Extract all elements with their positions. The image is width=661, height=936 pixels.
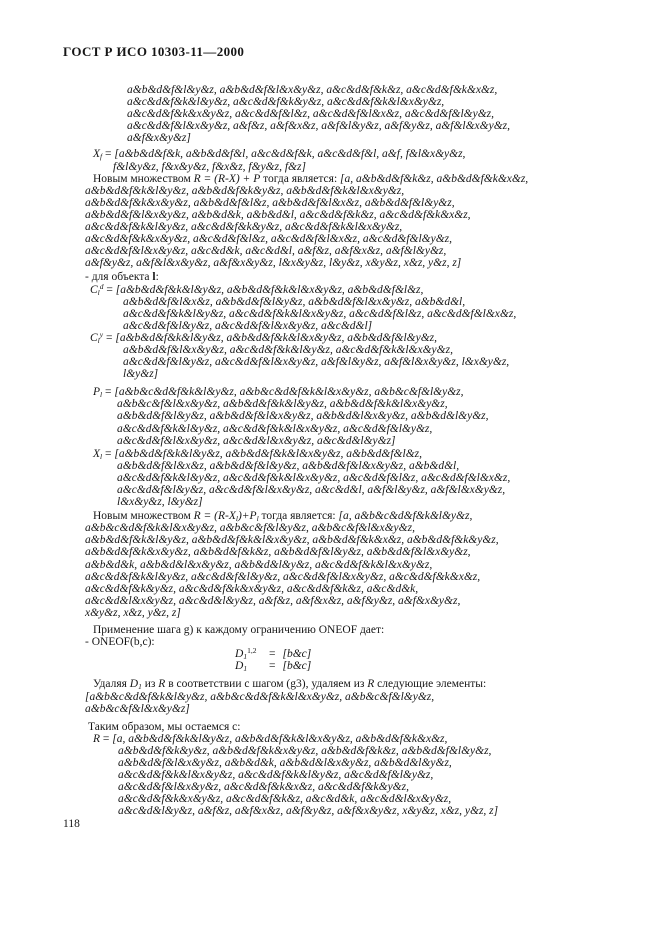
math-line: a&c&d&f&k&l&y&z, a&c&d&f&k&l&x&y&z, a&c&… [123, 308, 620, 320]
math-line: a&c&d&f&l&x&y&z, a&f&z, a&f&x&z, a&f&l&y… [127, 120, 620, 132]
math-line: R = [a, a&b&d&f&k&l&y&z, a&b&d&f&k&l&x&y… [93, 733, 620, 745]
cld-definition-block: Cld = [a&b&d&f&k&l&y&z, a&b&d&f&k&l&x&y&… [85, 284, 620, 332]
math-line: a&c&d&f&k&x&y&z, a&c&d&f&l&z, a&c&d&f&l&… [85, 233, 620, 245]
paragraph-first-line: Новым множеством R = (R-Xl)+Pl тогда явл… [93, 510, 620, 522]
cly-definition-block: Cly = [a&b&d&f&k&l&y&z, a&b&d&f&k&l&x&y&… [85, 332, 620, 380]
math-line: a&b&c&f&l&x&y&z, a&b&d&f&k&l&y&z, a&b&d&… [117, 398, 620, 410]
math-line: a&b&d&f&l&x&y&z, a&b&d&k, a&b&d&l&x&y&z,… [118, 757, 620, 769]
pl-definition-block: Pl = [a&b&c&d&f&k&l&y&z, a&b&c&d&f&k&l&x… [85, 386, 620, 446]
d1-formula: D1=[b&c] [235, 660, 620, 672]
math-line: a&b&d&f&k&x&y&z, a&b&d&f&l&z, a&b&d&f&l&… [85, 197, 620, 209]
math-line: Pl = [a&b&c&d&f&k&l&y&z, a&b&c&d&f&k&l&x… [93, 386, 620, 398]
equals-sign: = [269, 660, 276, 672]
new-set-paragraph-1: Новым множеством R = (R-X) + P тогда явл… [85, 173, 620, 270]
math-line: Cly = [a&b&d&f&k&l&y&z, a&b&d&f&k&l&x&y&… [90, 332, 620, 344]
math-line: a&c&d&f&k&y&z, a&c&d&f&k&x&y&z, a&c&d&f&… [85, 583, 620, 595]
math-line: a&b&d&f&k&l&y&z, a&b&d&f&k&l&x&y&z, a&b&… [85, 534, 620, 546]
paragraph-first-line: Удаляя D1 из R в соответствии с шагом (g… [93, 678, 620, 690]
page-number: 118 [63, 818, 80, 830]
math-line: l&y&z] [123, 368, 620, 380]
equals-sign: = [269, 648, 276, 660]
d1-sup-variable: D11,2 [235, 648, 269, 660]
r-variable: R [93, 733, 100, 745]
math-line: a&c&d&f&l&y&z, a&c&d&f&l&x&y&z, a&c&d&l] [123, 320, 620, 332]
object-l-heading: - для объекта l: [85, 271, 620, 283]
xl-definition-block: Xl = [a&b&d&f&k&l&y&z, a&b&d&f&k&l&x&y&z… [85, 448, 620, 508]
math-line: a&c&d&f&k&l&y&z, a&c&d&f&k&y&z, a&c&d&f&… [85, 221, 620, 233]
conclusion-text: Таким образом, мы остаемся с: [88, 721, 620, 733]
equals-sign: = [106, 284, 113, 296]
math-line: a&b&d&k, a&b&d&l&x&y&z, a&b&d&l&y&z, a&c… [85, 559, 620, 571]
document-page: ГОСТ Р ИСО 10303-11—2000 a&b&d&f&l&y&z, … [0, 0, 661, 936]
equals-sign: = [103, 733, 110, 745]
math-line: a&f&y&z, a&f&l&x&y&z, a&f&x&y&z, l&x&y&z… [85, 257, 620, 269]
math-line: a&c&d&f&l&x&y&z, a&c&d&k, a&c&d&l, a&f&z… [85, 245, 620, 257]
math-line: a&f&x&y&z] [127, 132, 620, 144]
math-line: a&c&d&f&l&y&z, a&c&d&f&l&x&y&z, a&c&d&l,… [117, 484, 620, 496]
set-continuation-block: a&b&d&f&l&y&z, a&b&d&f&l&x&y&z, a&c&d&f&… [85, 84, 620, 144]
math-line: a&b&d&f&l&x&z, a&b&d&f&l&y&z, a&b&d&f&l&… [117, 460, 620, 472]
math-line: a&b&d&f&l&x&y&z, a&b&d&k, a&b&d&l, a&c&d… [85, 209, 620, 221]
math-line: [a&b&c&d&f&k&l&y&z, a&b&c&d&f&k&l&x&y&z,… [85, 691, 620, 703]
math-line: x&y&z, x&z, y&z, z] [85, 607, 620, 619]
document-body: a&b&d&f&l&y&z, a&b&d&f&l&x&y&z, a&c&d&f&… [85, 84, 620, 817]
math-line: Xl = [a&b&d&f&k&l&y&z, a&b&d&f&k&l&x&y&z… [93, 448, 620, 460]
new-set-paragraph-2: Новым множеством R = (R-Xl)+Pl тогда явл… [85, 510, 620, 619]
math-line: a&b&c&f&l&x&y&z] [85, 703, 620, 715]
pl-variable: Pl [93, 386, 102, 398]
xf-variable: Xf [93, 148, 102, 160]
math-line: a&c&d&f&l&y&z, a&c&d&f&l&x&y&z, a&f&l&y&… [123, 356, 620, 368]
math-line: l&x&y&z, l&y&z] [117, 496, 620, 508]
formula: R = (R-Xl)+Pl [194, 510, 259, 522]
math-line: a&b&d&f&k&x&y&z, a&b&d&f&k&z, a&b&d&f&l&… [85, 546, 620, 558]
cld-variable: Cld [90, 284, 104, 296]
math-line: a&c&d&f&k&l&y&z, a&c&d&f&k&l&x&y&z, a&c&… [117, 472, 620, 484]
equals-sign: = [105, 448, 112, 460]
oneof-constraint-label: - ONEOF(b,c): [85, 636, 620, 648]
math-line: a&b&d&f&l&x&z, a&b&d&f&l&y&z, a&b&d&f&l&… [123, 296, 620, 308]
math-line: a&b&d&f&k&y&z, a&b&d&f&k&x&y&z, a&b&d&f&… [118, 745, 620, 757]
equals-sign: = [105, 148, 112, 160]
paragraph-first-line: Новым множеством R = (R-X) + P тогда явл… [93, 173, 620, 185]
math-line: a&b&d&f&l&y&z, a&b&d&f&l&x&y&z, a&c&d&f&… [127, 84, 620, 96]
math-line: a&c&d&f&l&x&y&z, a&c&d&f&k&x&z, a&c&d&f&… [118, 781, 620, 793]
d1-sup-formula: D11,2=[b&c] [235, 648, 620, 660]
formula: R = (R-X) + P [194, 173, 261, 185]
d1-variable: D1 [235, 660, 269, 672]
math-line: a&c&d&f&k&x&y&z, a&c&d&f&k&z, a&c&d&k, a… [118, 793, 620, 805]
math-line: a&c&d&f&k&x&y&z, a&c&d&f&l&z, a&c&d&f&l&… [127, 108, 620, 120]
math-line: a&c&d&l&x&y&z, a&c&d&l&y&z, a&f&z, a&f&x… [85, 595, 620, 607]
math-line: a&c&d&f&l&x&y&z, a&c&d&l&x&y&z, a&c&d&l&… [117, 435, 620, 447]
removal-paragraph: Удаляя D1 из R в соответствии с шагом (g… [85, 678, 620, 714]
final-r-set-block: R = [a, a&b&d&f&k&l&y&z, a&b&d&f&k&l&x&y… [85, 733, 620, 818]
d1-variable: D1 [130, 678, 142, 690]
math-line: Xf = [a&b&d&f&k, a&b&d&f&l, a&c&d&f&k, a… [93, 148, 620, 160]
math-line: a&b&d&f&l&y&z, a&b&d&f&l&x&y&z, a&b&d&l&… [117, 410, 620, 422]
math-line: a&c&d&f&k&l&y&z, a&c&d&f&l&y&z, a&c&d&f&… [85, 571, 620, 583]
cly-variable: Cly [90, 332, 103, 344]
xf-definition-block: Xf = [a&b&d&f&k, a&b&d&f&l, a&c&d&f&k, a… [85, 148, 620, 172]
math-line: a&c&d&f&k&l&x&y&z, a&c&d&f&k&l&y&z, a&c&… [118, 769, 620, 781]
math-line: a&c&d&f&k&l&y&z, a&c&d&f&k&l&x&y&z, a&c&… [117, 423, 620, 435]
math-line: a&c&d&l&y&z, a&f&z, a&f&x&z, a&f&y&z, a&… [118, 805, 620, 817]
math-line: a&b&d&f&k&l&y&z, a&b&d&f&k&y&z, a&b&d&f&… [85, 185, 620, 197]
math-line: a&c&d&f&k&l&y&z, a&c&d&f&k&y&z, a&c&d&f&… [127, 96, 620, 108]
xl-variable: Xl [93, 448, 102, 460]
document-header: ГОСТ Р ИСО 10303-11—2000 [63, 44, 244, 60]
equals-sign: = [106, 332, 113, 344]
math-line: f&l&y&z, f&x&y&z, f&x&z, f&y&z, f&z] [113, 161, 620, 173]
math-line: a&b&d&f&l&x&y&z, a&c&d&f&k&l&y&z, a&c&d&… [123, 344, 620, 356]
math-line: a&b&c&d&f&k&l&x&y&z, a&b&c&f&l&y&z, a&b&… [85, 522, 620, 534]
equals-sign: = [105, 386, 112, 398]
oneof-application-text: Применение шага g) к каждому ограничению… [93, 624, 620, 636]
math-line: Cld = [a&b&d&f&k&l&y&z, a&b&d&f&k&l&x&y&… [90, 284, 620, 296]
